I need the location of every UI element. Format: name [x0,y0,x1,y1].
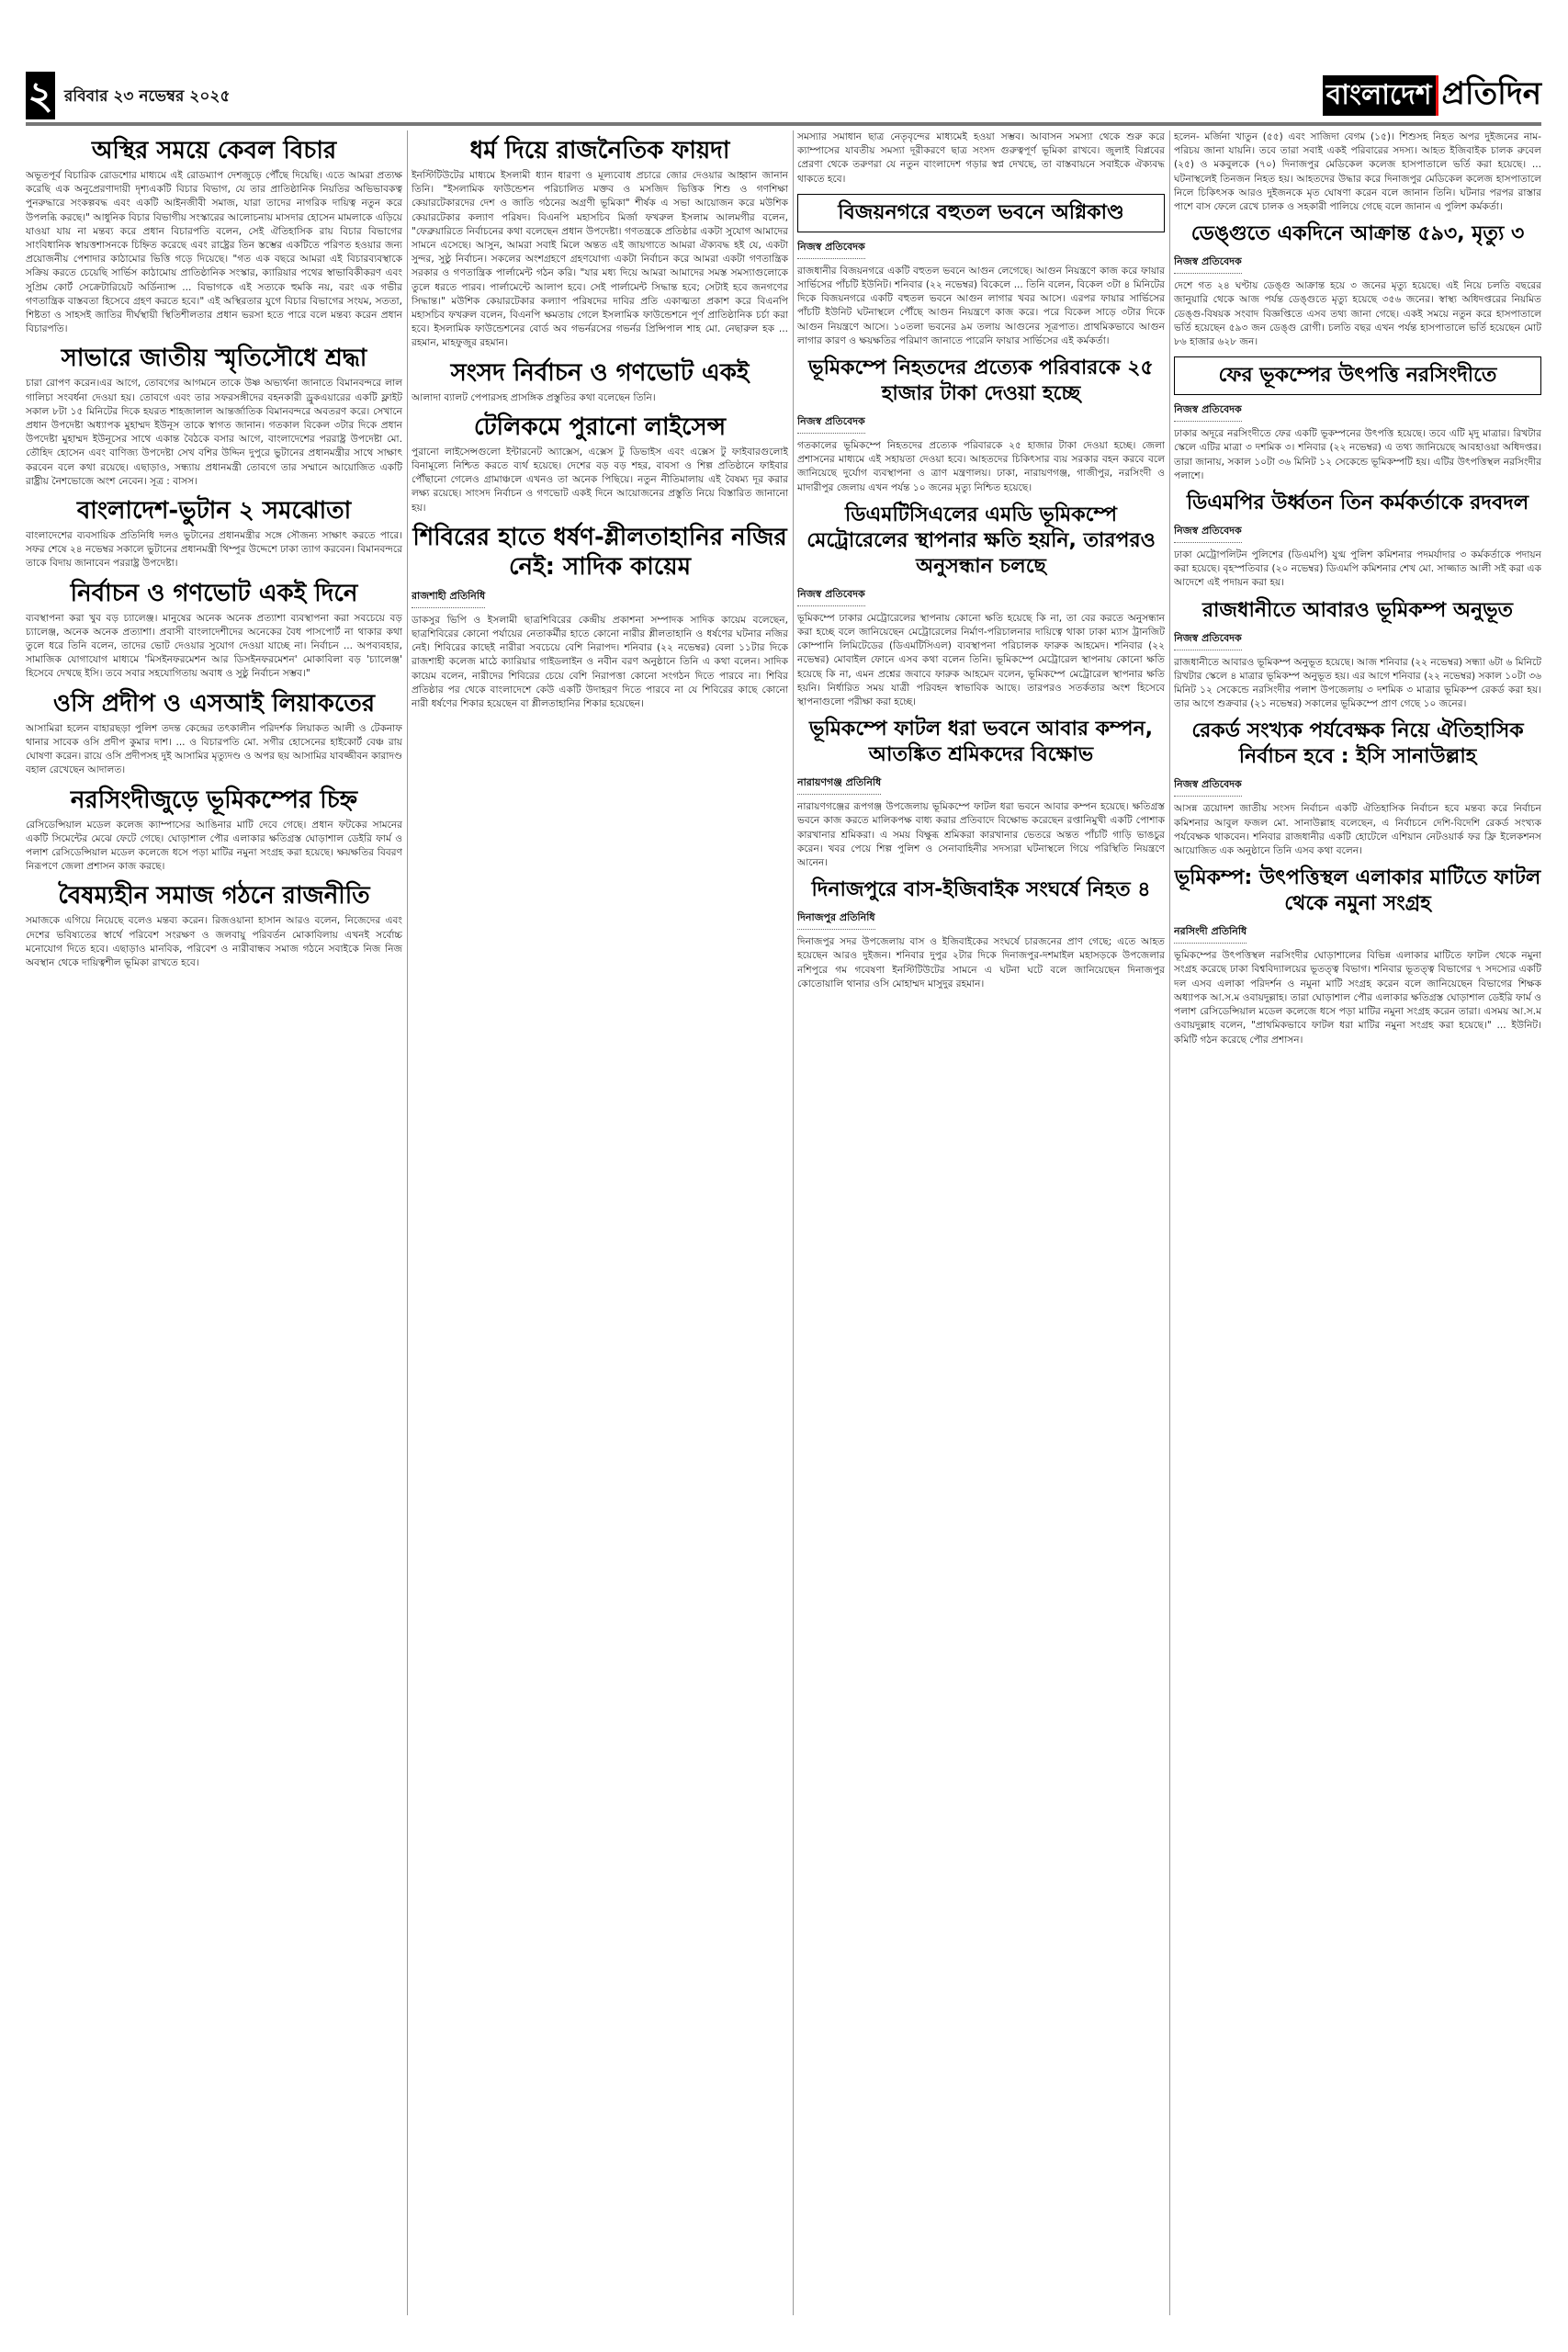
article: নির্বাচন ও গণভোট একই দিনে ব্যবস্থাপনা কর… [26,579,402,682]
masthead: ২ রবিবার ২৩ নভেম্বর ২০২৫ বাংলাদেশ প্রতিদ… [26,72,1541,119]
newspaper-page: ২ রবিবার ২৩ নভেম্বর ২০২৫ বাংলাদেশ প্রতিদ… [0,0,1568,2352]
column-1: অস্থির সময়ে কেবল বিচার অভূতপূর্ব বিচারি… [26,130,402,2315]
column-divider [1169,130,1170,2315]
headline: ধর্ম দিয়ে রাজনৈতিক ফায়দা [412,136,788,165]
issue-date: রবিবার ২৩ নভেম্বর ২০২৫ [64,85,230,110]
article-body: ভূমিকম্পের উৎপত্তিস্থল নরসিংদীর ঘোড়াশাল… [1174,949,1541,1046]
article: বৈষম্যহীন সমাজ গঠনে রাজনীতি সমাজকে এগিয়… [26,881,402,970]
article: ফের ভূকম্পের উৎপত্তি নরসিংদীতে নিজস্ব প্… [1174,356,1541,483]
byline: নিজস্ব প্রতিবেদক [1174,401,1242,422]
headline: রেকর্ড সংখ্যক পর্যবেক্ষক নিয়ে ঐতিহাসিক … [1174,718,1541,770]
article-body: বাংলাদেশের ব্যবসায়িক প্রতিনিধি দলও ভুটা… [26,529,402,571]
headline: সাভারে জাতীয় স্মৃতিসৌধে শ্রদ্ধা [26,344,402,373]
byline: নিজস্ব প্রতিবেদক [797,239,865,259]
article-body: সমস্যার সমাধান ছাত্র নেতৃবৃন্দের মাধ্যমে… [797,130,1165,187]
headline: দিনাজপুরে বাস-ইজিবাইক সংঘর্ষে নিহত ৪ [797,877,1165,903]
article: ভূমিকম্পে ফাটল ধরা ভবনে আবার কম্পন, আতঙ্… [797,717,1165,870]
article-body: অভূতপূর্ব বিচারিক রোডশোর মাধ্যমে এই রোডম… [26,169,402,336]
article-body: রাজধানীর বিজয়নগরে একটি বহুতল ভবনে আগুন … [797,265,1165,348]
article-body: ভূমিকম্পে ঢাকার মেট্রোরেলের স্থাপনায় কো… [797,612,1165,709]
headline: ডেঙ্গুতে একদিনে আক্রান্ত ৫৯৩, মৃত্যু ৩ [1174,221,1541,247]
article: ভূমিকম্পে নিহতদের প্রত্যেক পরিবারকে ২৫ হ… [797,356,1165,495]
byline: নারায়ণগঞ্জ প্রতিনিধি [797,775,881,795]
byline: নরসিংদী প্রতিনিধি [1174,923,1247,944]
article-body: গতকালের ভূমিকম্পে নিহতদের প্রত্যেক পরিবা… [797,439,1165,495]
article-body: সমাজকে এগিয়ে নিয়েছে বলেও মন্তব্য করেন।… [26,914,402,970]
article: ভূমিকম্প: উৎপত্তিস্থল এলাকার মাটিতে ফাটল… [1174,865,1541,1046]
byline: রাজশাহী প্রতিনিধি [412,588,485,608]
article-body: চারা রোপণ করেন।এর আগে, তোবগের আগমনে তাকে… [26,377,402,489]
article: সংসদ নির্বাচন ও গণভোট একই আলাদা ব্যালট প… [412,358,788,405]
article-body: রাজধানীতে আবারও ভূমিকম্প অনুভূত হয়েছে। … [1174,656,1541,712]
article-body: ইনস্টিটিউটের মাধ্যমে ইসলামী ধ্যান ধারণা … [412,169,788,351]
article: ডেঙ্গুতে একদিনে আক্রান্ত ৫৯৩, মৃত্যু ৩ ন… [1174,221,1541,349]
headline: ভূমিকম্পে নিহতদের প্রত্যেক পরিবারকে ২৫ হ… [797,356,1165,407]
column-3: সমস্যার সমাধান ছাত্র নেতৃবৃন্দের মাধ্যমে… [797,130,1165,2315]
article: রেকর্ড সংখ্যক পর্যবেক্ষক নিয়ে ঐতিহাসিক … [1174,718,1541,858]
article: বাংলাদেশ-ভুটান ২ সমঝোতা বাংলাদেশের ব্যবস… [26,496,402,571]
logo-text: প্রতিদিন [1442,70,1542,122]
article: নরসিংদীজুড়ে ভূমিকম্পের চিহ্ন রেসিডেন্সি… [26,786,402,875]
page-number: ২ [26,72,55,119]
article-body: ঢাকার অদূরে নরসিংদীতে ফের একটি ভূকম্পনের… [1174,427,1541,483]
article: সাভারে জাতীয় স্মৃতিসৌধে শ্রদ্ধা চারা রো… [26,344,402,489]
article: সমস্যার সমাধান ছাত্র নেতৃবৃন্দের মাধ্যমে… [797,130,1165,187]
article: দিনাজপুরে বাস-ইজিবাইক সংঘর্ষে নিহত ৪ দিন… [797,877,1165,991]
article-body: হলেন- মর্জিনা খাতুন (৫৫) এবং সাজিদা বেগম… [1174,130,1541,214]
article-body: আসামিরা হলেন বাহারছড়া পুলিশ তদন্ত কেন্দ… [26,722,402,778]
article-body: দেশে গত ২৪ ঘণ্টায় ডেঙ্গু আক্রান্ত হয়ে … [1174,279,1541,349]
newspaper-logo: বাংলাদেশ প্রতিদিন [1323,72,1541,119]
headline: টেলিকমে পুরানো লাইসেন্স [412,413,788,442]
article-body: দিনাজপুর সদর উপজেলায় বাস ও ইজিবাইকের সং… [797,935,1165,991]
headline: ওসি প্রদীপ ও এসআই লিয়াকতের [26,689,402,718]
article-body: আলাদা ব্যালট পেপারসহ প্রাসঙ্গিক প্রস্তুত… [412,391,788,405]
headline: নরসিংদীজুড়ে ভূমিকম্পের চিহ্ন [26,786,402,815]
byline: নিজস্ব প্রতিবেদক [1174,254,1242,274]
headline: বাংলাদেশ-ভুটান ২ সমঝোতা [26,496,402,526]
headline: সংসদ নির্বাচন ও গণভোট একই [412,358,788,388]
column-divider [407,130,408,2315]
masthead-rule [26,122,1541,126]
article-body: ঢাকা মেট্রোপলিটন পুলিশের (ডিএমপি) যুগ্ম … [1174,548,1541,591]
article-body: ব্যবস্থাপনা করা খুব বড় চ্যালেঞ্জ। মানুষ… [26,612,402,682]
article: অস্থির সময়ে কেবল বিচার অভূতপূর্ব বিচারি… [26,136,402,336]
article: ধর্ম দিয়ে রাজনৈতিক ফায়দা ইনস্টিটিউটের … [412,136,788,351]
article: হলেন- মর্জিনা খাতুন (৫৫) এবং সাজিদা বেগম… [1174,130,1541,214]
article: ডিএমপির উর্ধ্বতন তিন কর্মকর্তাকে রদবদল ন… [1174,491,1541,591]
column-divider [793,130,794,2315]
byline: নিজস্ব প্রতিবেদক [797,586,865,606]
article-body: পুরানো লাইসেন্সগুলো ইন্টারনেট অ্যাক্সেস,… [412,446,788,515]
headline: ডিএমপির উর্ধ্বতন তিন কর্মকর্তাকে রদবদল [1174,491,1541,516]
byline: নিজস্ব প্রতিবেদক [1174,630,1242,650]
article-body: ডাকসুর ভিপি ও ইসলামী ছাত্রশিবিরের কেন্দ্… [412,614,788,711]
headline: বিজয়নগরে বহুতল ভবনে অগ্নিকাণ্ড [797,194,1165,232]
article-body: রেসিডেন্সিয়াল মডেল কলেজ ক্যাম্পাসের আঙি… [26,819,402,875]
column-2: ধর্ম দিয়ে রাজনৈতিক ফায়দা ইনস্টিটিউটের … [412,130,788,2315]
article: ডিএমটিসিএলের এমডি ভূমিকম্পে মেট্রোরেলের … [797,503,1165,709]
article: ওসি প্রদীপ ও এসআই লিয়াকতের আসামিরা হলেন… [26,689,402,778]
headline: নির্বাচন ও গণভোট একই দিনে [26,579,402,608]
headline: শিবিরের হাতে ধর্ষণ-শ্লীলতাহানির নজির নেই… [412,523,788,582]
article: বিজয়নগরে বহুতল ভবনে অগ্নিকাণ্ড নিজস্ব প… [797,194,1165,348]
headline: ফের ভূকম্পের উৎপত্তি নরসিংদীতে [1174,356,1541,395]
article: রাজধানীতে আবারও ভূমিকম্প অনুভূত নিজস্ব প… [1174,598,1541,712]
byline: নিজস্ব প্রতিবেদক [1174,776,1242,797]
byline: নিজস্ব প্রতিবেদক [797,413,865,434]
headline: রাজধানীতে আবারও ভূমিকম্প অনুভূত [1174,598,1541,624]
headline: ভূমিকম্প: উৎপত্তিস্থল এলাকার মাটিতে ফাটল… [1174,865,1541,917]
article: শিবিরের হাতে ধর্ষণ-শ্লীলতাহানির নজির নেই… [412,523,788,711]
column-4: হলেন- মর্জিনা খাতুন (৫৫) এবং সাজিদা বেগম… [1174,130,1541,2315]
headline: ডিএমটিসিএলের এমডি ভূমিকম্পে মেট্রোরেলের … [797,503,1165,580]
headline: অস্থির সময়ে কেবল বিচার [26,136,402,165]
logo-box: বাংলাদেশ [1323,75,1438,116]
headline: বৈষম্যহীন সমাজ গঠনে রাজনীতি [26,881,402,910]
article-body: নারায়ণগঞ্জের রূপগঞ্জ উপজেলায় ভূমিকম্পে… [797,800,1165,870]
article: টেলিকমে পুরানো লাইসেন্স পুরানো লাইসেন্সগ… [412,413,788,515]
headline: ভূমিকম্পে ফাটল ধরা ভবনে আবার কম্পন, আতঙ্… [797,717,1165,768]
byline: দিনাজপুর প্রতিনিধি [797,910,875,930]
article-body: আসন্ন ত্রয়োদশ জাতীয় সংসদ নির্বাচন একটি… [1174,802,1541,858]
byline: নিজস্ব প্রতিবেদক [1174,523,1242,543]
